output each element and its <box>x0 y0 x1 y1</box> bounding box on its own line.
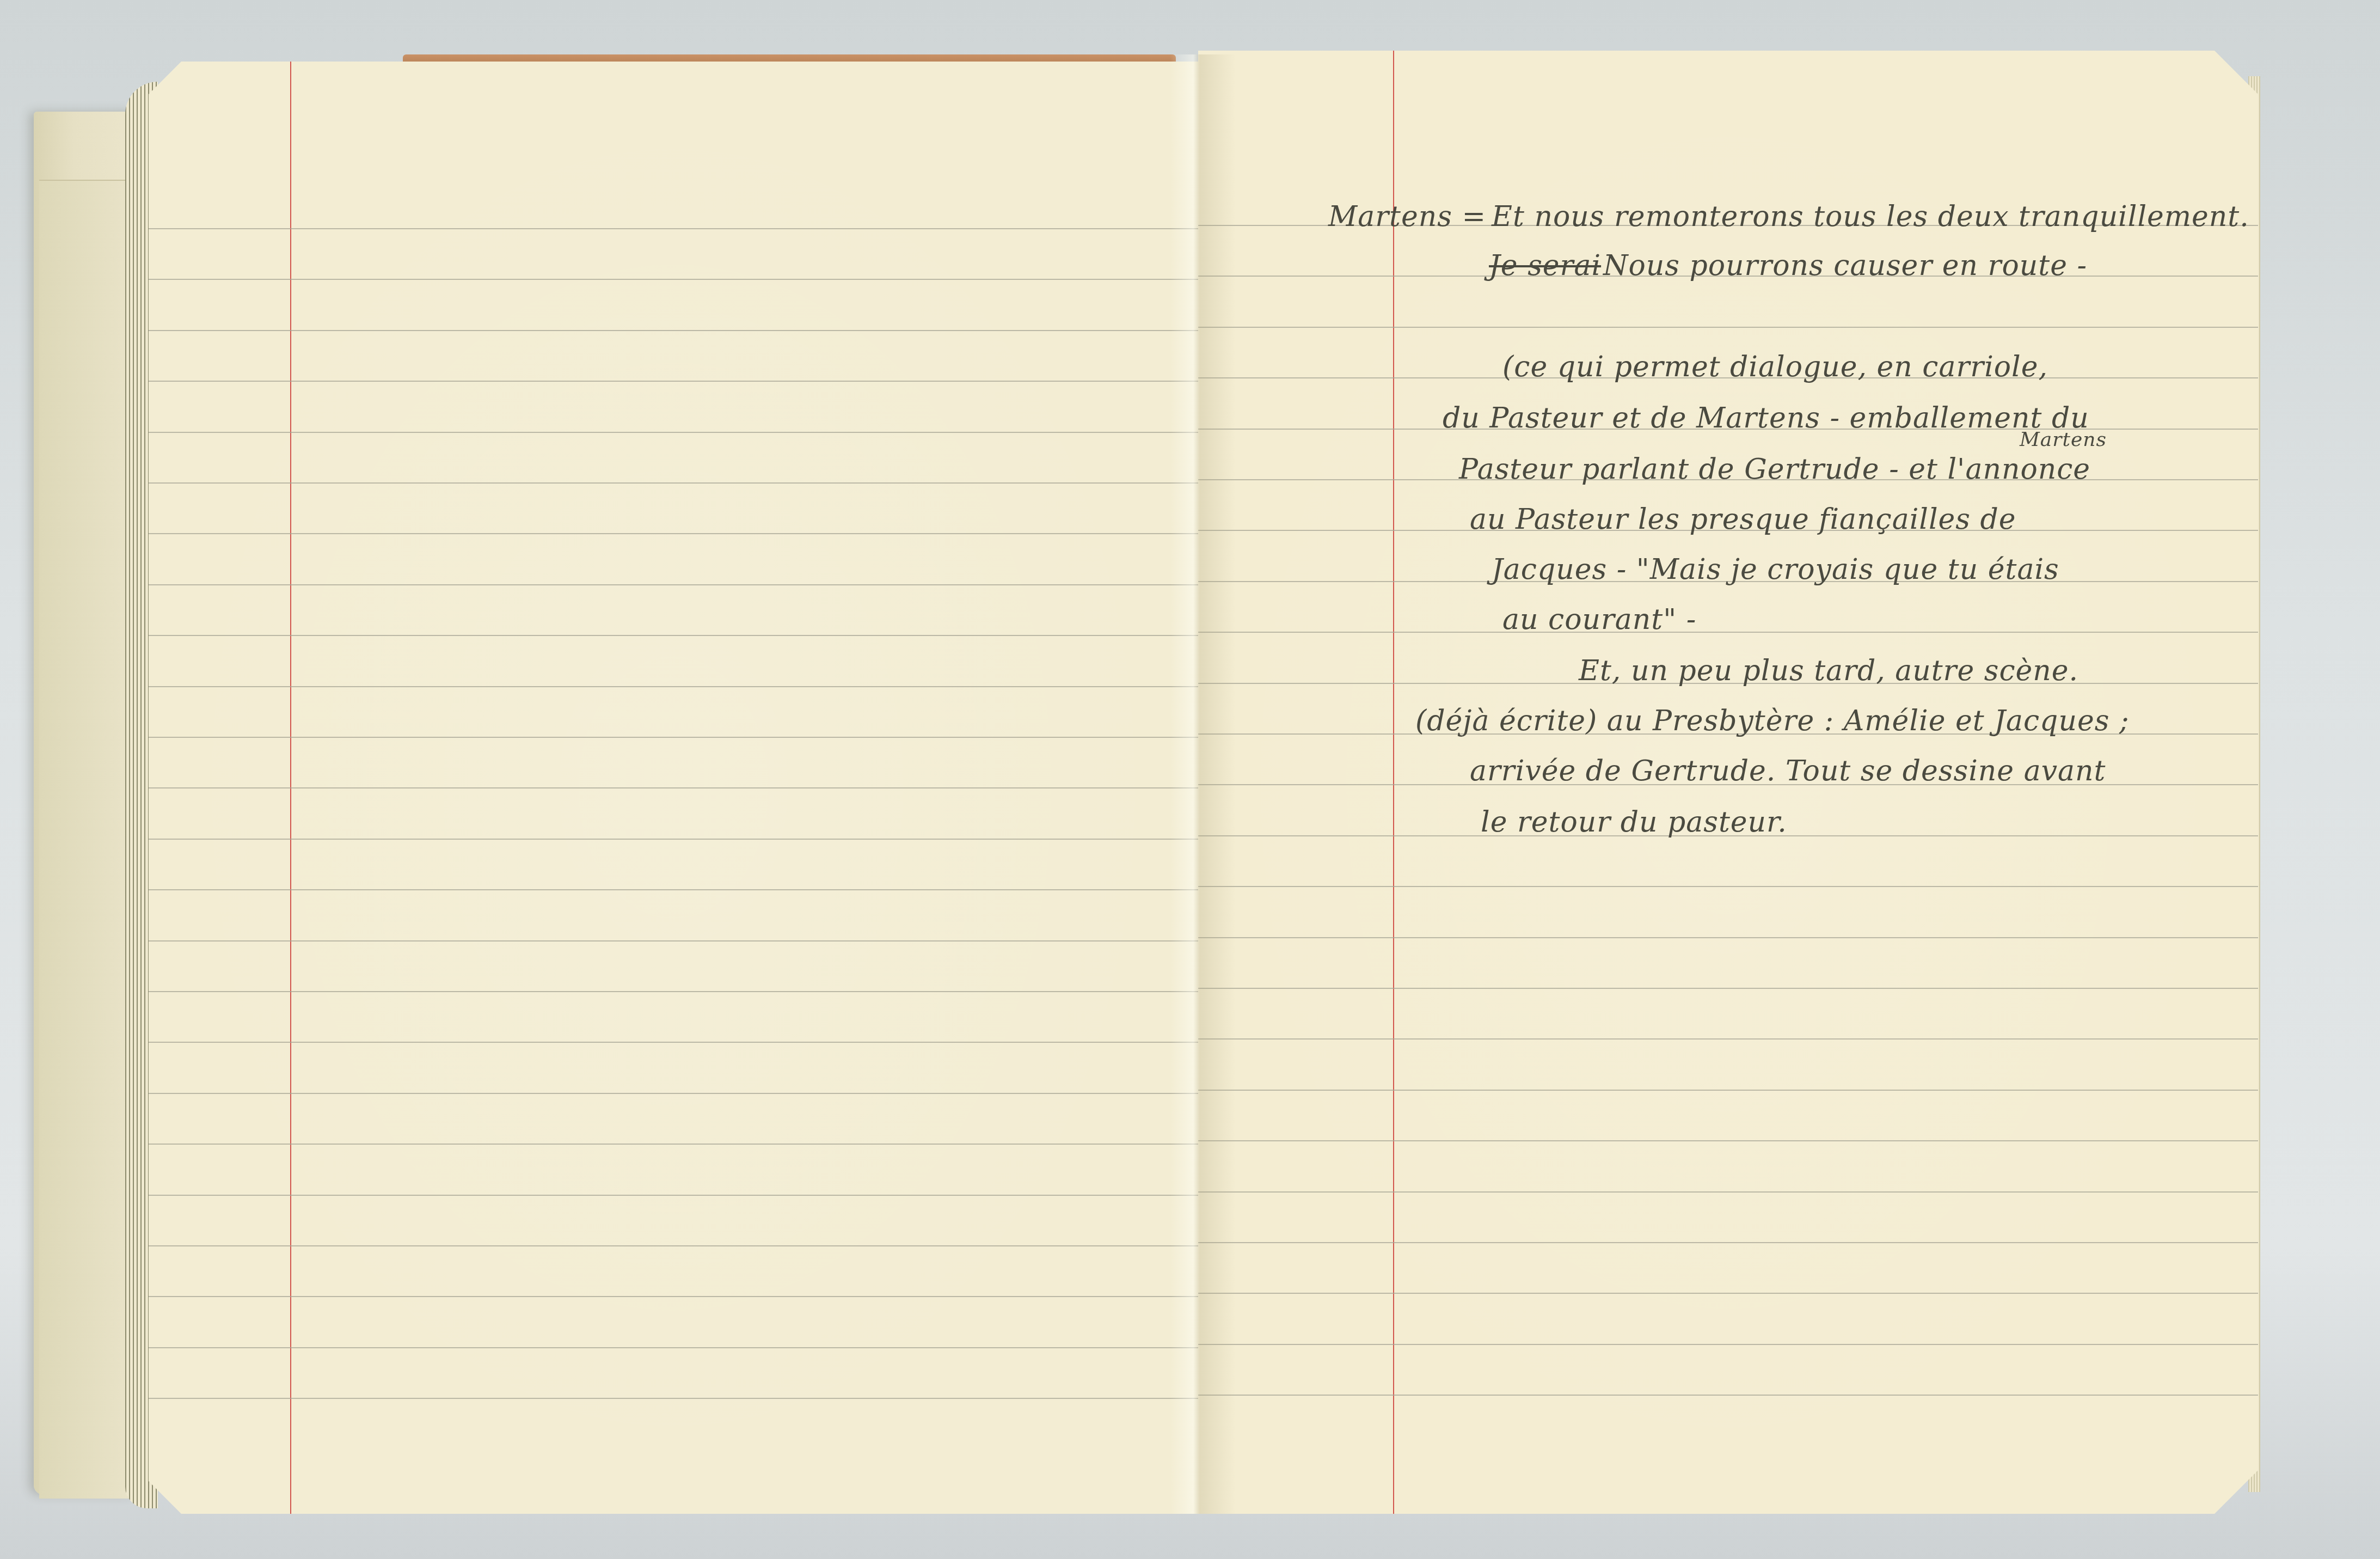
ruled-line <box>149 839 1198 840</box>
ruled-line <box>149 279 1198 280</box>
handwritten-line: Nous pourrons causer en route - <box>1603 252 2087 280</box>
handwritten-line: Pasteur parlant de Gertrude - et l'annon… <box>1459 455 2090 484</box>
handwritten-line: (ce qui permet dialogue, en carriole, <box>1502 353 2048 381</box>
ruled-line <box>149 889 1198 890</box>
ruled-line <box>149 381 1198 382</box>
ruled-line <box>149 533 1198 534</box>
handwritten-line: Et nous remonterons tous les deux tranqu… <box>1492 203 2249 231</box>
ruled-line <box>149 991 1198 992</box>
ruled-line <box>149 432 1198 433</box>
ruled-line <box>1198 632 2258 633</box>
ruled-line <box>149 1245 1198 1246</box>
ruled-line <box>149 1042 1198 1043</box>
torn-endpaper-layer <box>39 180 132 1499</box>
ruled-line <box>1198 886 2258 887</box>
struck-text: Je serai <box>1489 252 1601 280</box>
ruled-line <box>1198 1242 2258 1243</box>
handwritten-line: Jacques - "Mais je croyais que tu étais <box>1492 555 2059 584</box>
ruled-line <box>149 737 1198 738</box>
left-page <box>149 62 1198 1514</box>
handwritten-line: au courant" - <box>1502 606 1696 634</box>
ruled-line <box>149 940 1198 941</box>
ruled-line <box>149 330 1198 331</box>
speaker-label: Martens = <box>1328 203 1486 231</box>
ruled-line <box>149 1195 1198 1196</box>
ruled-line <box>149 686 1198 687</box>
ruled-line <box>1198 327 2258 328</box>
handwritten-line: du Pasteur et de Martens - emballement d… <box>1443 404 2089 432</box>
handwritten-line: le retour du pasteur. <box>1481 808 1787 836</box>
ruled-line <box>1198 1090 2258 1091</box>
ruled-line <box>1198 1395 2258 1396</box>
ruled-line <box>149 1144 1198 1145</box>
ruled-line <box>149 635 1198 636</box>
ruled-line <box>1198 1293 2258 1294</box>
ruled-line <box>1198 988 2258 989</box>
handwritten-line: Et, un peu plus tard, autre scène. <box>1579 657 2078 685</box>
ruled-line <box>1198 1344 2258 1345</box>
ruled-line <box>1198 1140 2258 1141</box>
right-margin-line <box>1393 51 1394 1514</box>
ruled-line <box>1198 1038 2258 1040</box>
ruled-line <box>1198 1191 2258 1193</box>
ruled-line <box>1198 937 2258 938</box>
ruled-line <box>149 1296 1198 1297</box>
handwritten-line: arrivée de Gertrude. Tout se dessine ava… <box>1470 757 2106 785</box>
ruled-line <box>149 1398 1198 1399</box>
ruled-line <box>149 1093 1198 1094</box>
insertion-text: Martens <box>2020 430 2107 450</box>
handwritten-line: au Pasteur les presque fiançailles de <box>1470 505 2016 534</box>
ruled-line <box>149 584 1198 585</box>
handwritten-line: (déjà écrite) au Presbytère : Amélie et … <box>1415 707 2129 735</box>
ruled-line <box>149 1347 1198 1348</box>
ruled-line <box>149 482 1198 484</box>
ruled-line <box>149 228 1198 229</box>
ruled-line <box>149 787 1198 788</box>
